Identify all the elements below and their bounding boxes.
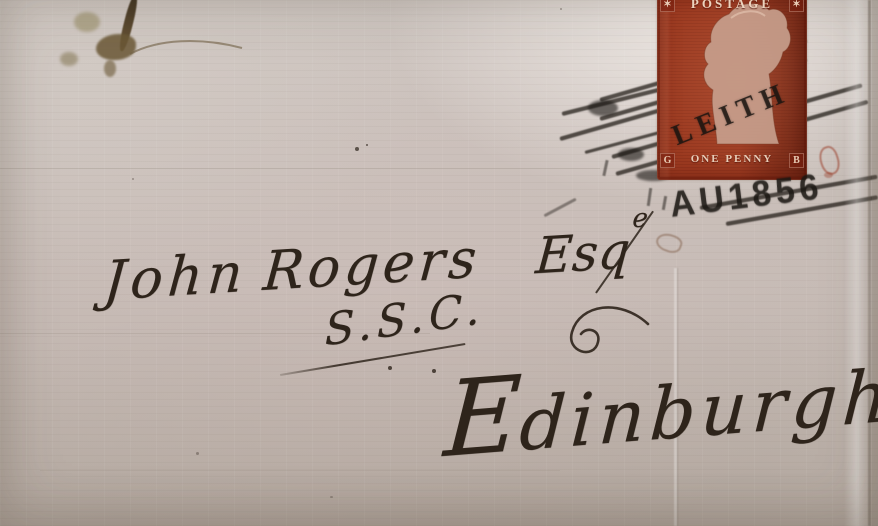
paper-speck xyxy=(560,8,562,10)
ink-blot-hairline xyxy=(128,34,248,64)
stamp-check-letter: B xyxy=(789,153,804,168)
paper-speck xyxy=(330,496,333,498)
faint-ink-mark xyxy=(654,230,685,256)
paper-speck xyxy=(132,178,134,180)
address-line-city: Edinburgh xyxy=(442,338,878,473)
cancel-ink-blob xyxy=(618,148,644,161)
stamp-star-ornament: ✶ xyxy=(789,0,804,12)
paper-fold-line xyxy=(868,0,871,526)
ink-blot-tail xyxy=(104,60,116,77)
letter-cover-photo: POSTAGE ONE PENNY ✶ ✶ G B LEITH AU1856 J… xyxy=(0,0,878,526)
recipient-honorific: Esq xyxy=(534,221,633,285)
paper-laid-line xyxy=(0,168,600,169)
stamp-check-letter: G xyxy=(660,153,675,168)
paper-speck xyxy=(366,144,368,146)
stamp-postage-label: POSTAGE xyxy=(675,0,789,12)
cancel-ink-blob xyxy=(588,100,618,116)
ink-blot-smudge xyxy=(74,12,100,32)
cancel-tick-mark xyxy=(602,160,608,176)
paper-speck xyxy=(196,452,199,455)
paper-edge-shadow xyxy=(872,0,878,526)
ink-dot xyxy=(432,369,436,373)
city-rest: dinburgh xyxy=(517,353,878,467)
city-initial: E xyxy=(441,352,524,481)
ink-dot xyxy=(388,366,392,370)
cancel-tick-mark xyxy=(662,196,667,210)
recipient-first-name: John xyxy=(101,241,249,313)
ink-blot-smudge xyxy=(60,52,78,66)
stamp-star-ornament: ✶ xyxy=(660,0,675,12)
stamp-one-penny-label: ONE PENNY xyxy=(676,151,788,167)
paper-speck xyxy=(355,147,359,151)
